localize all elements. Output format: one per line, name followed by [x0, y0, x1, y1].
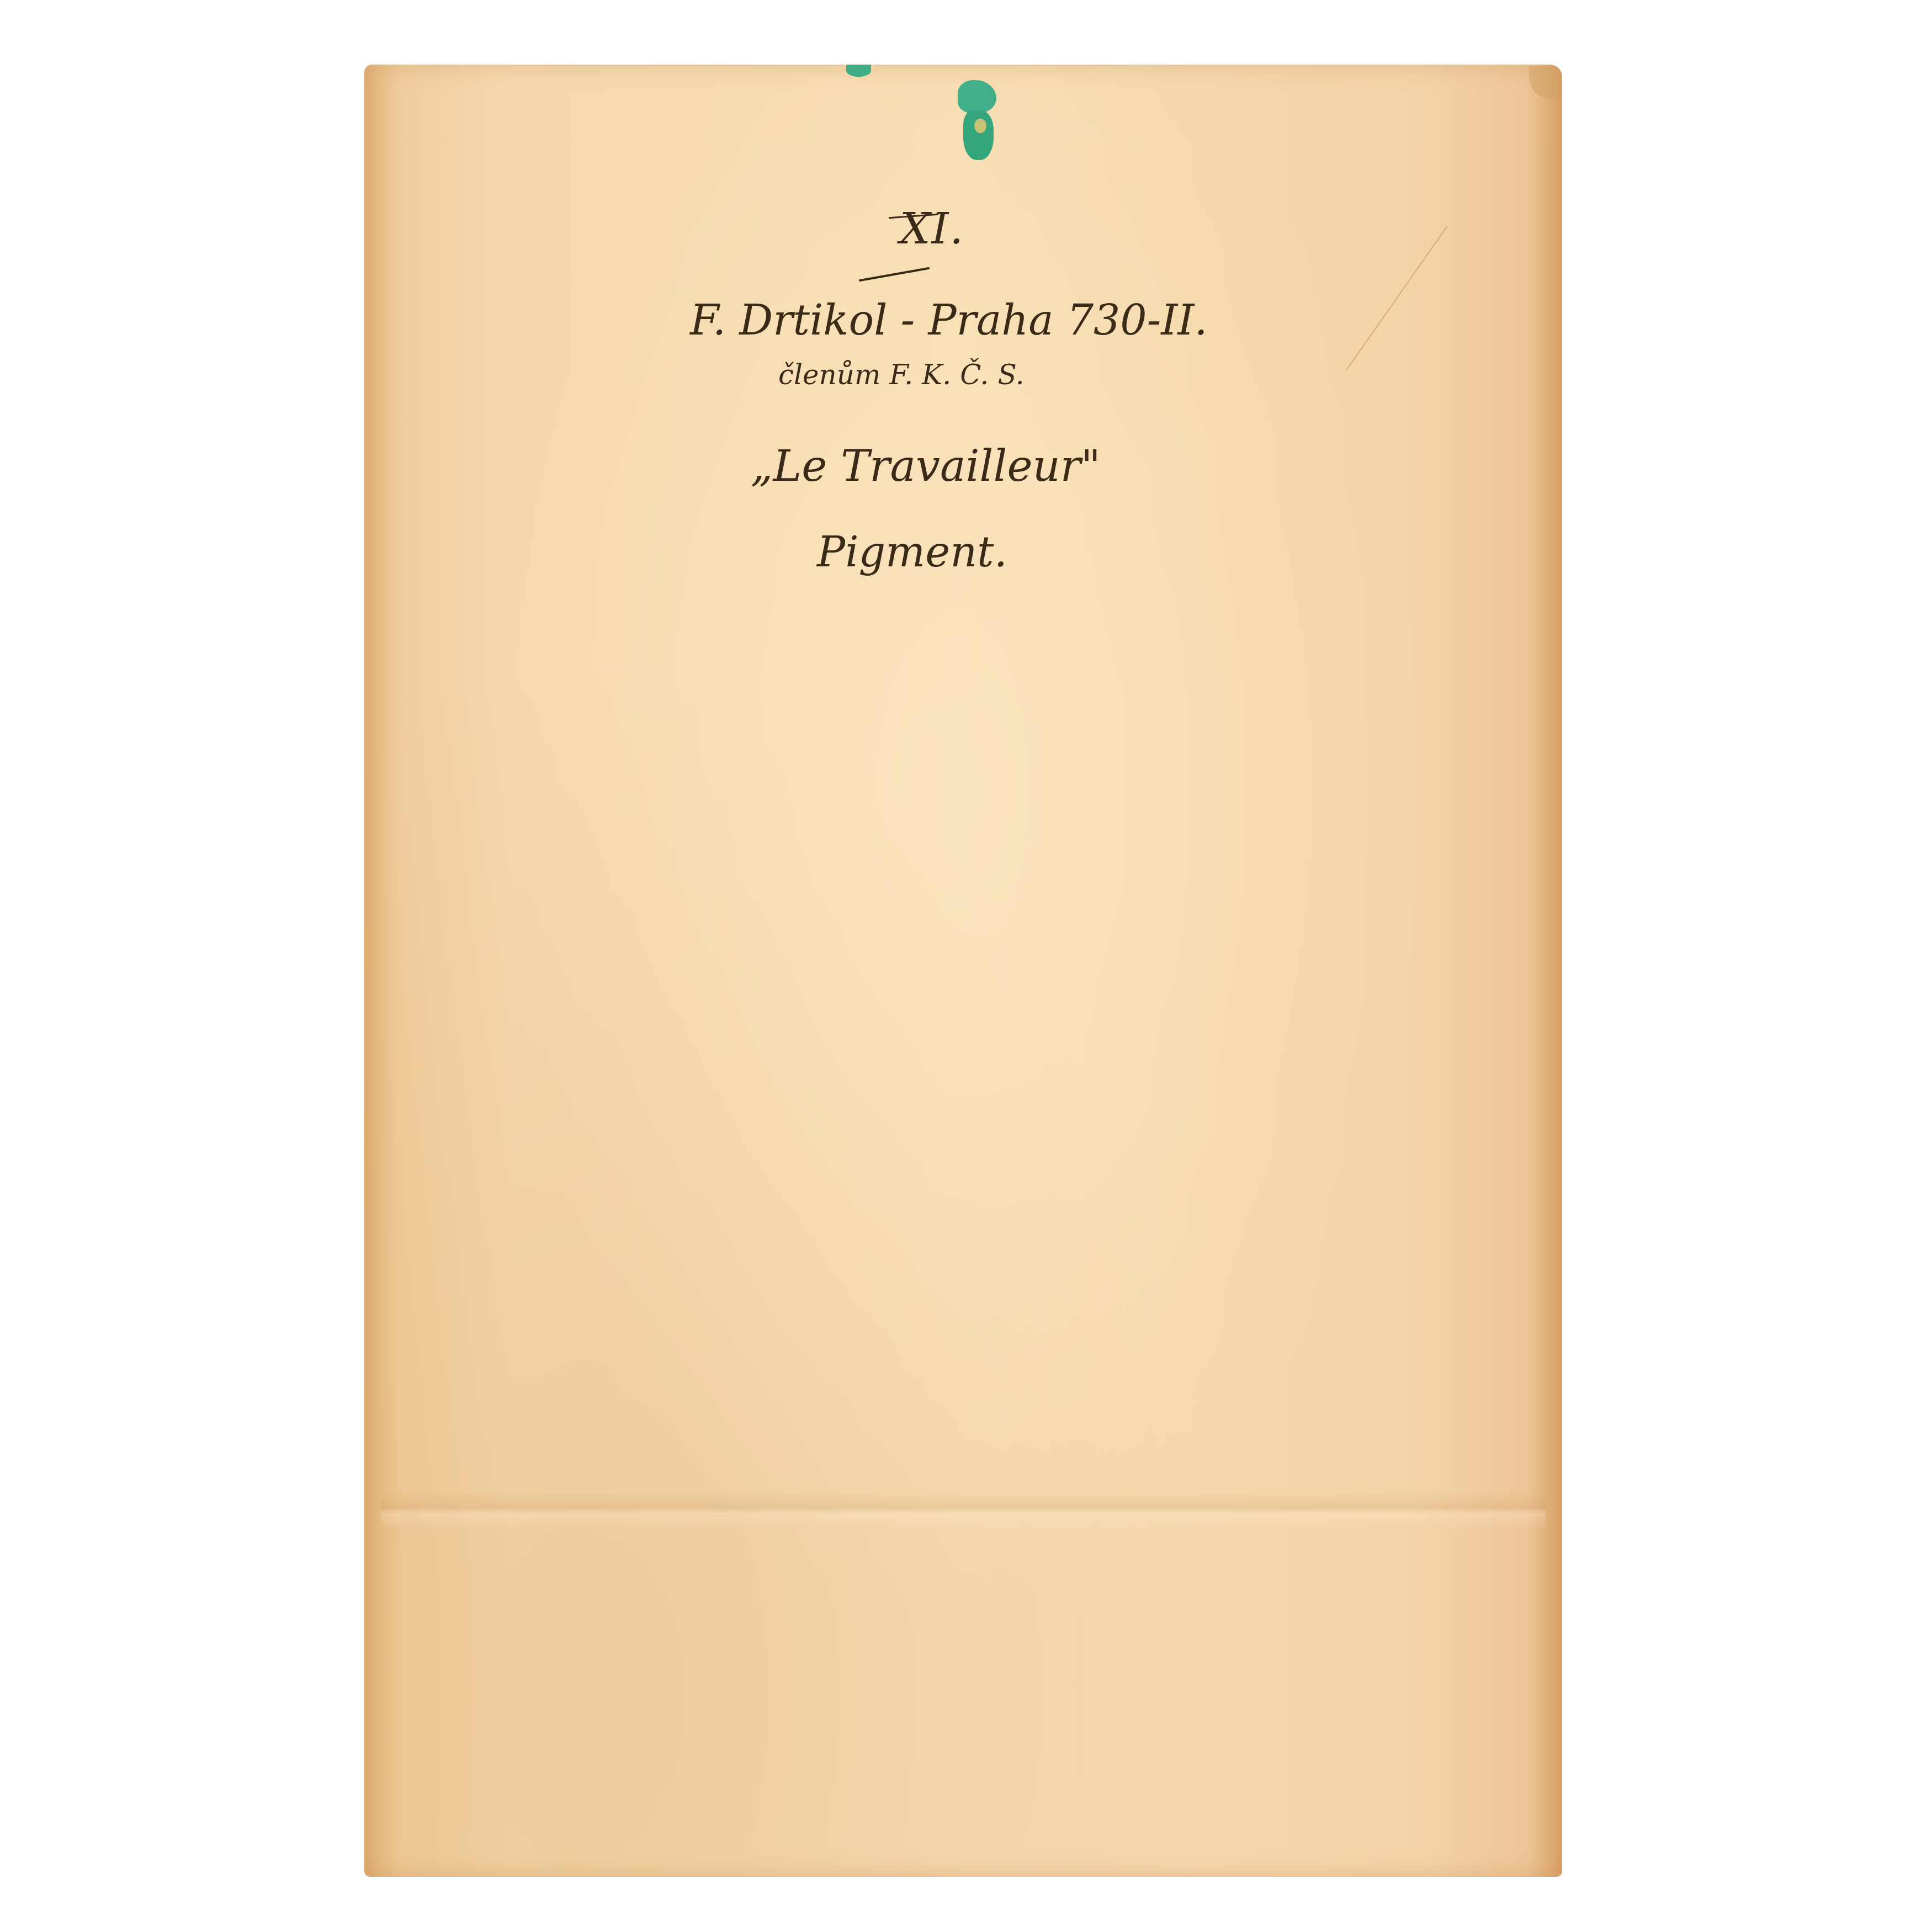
inscription-photographer-address: F. Drtikol - Praha 730-II. [690, 295, 1208, 344]
residue-fragment [958, 80, 996, 113]
green-adhesive-residue [958, 80, 996, 163]
residue-fragment [963, 110, 994, 160]
inscription-process: Pigment. [817, 527, 1007, 576]
green-adhesive-residue-edge [846, 65, 871, 77]
residue-fragment [974, 119, 986, 133]
inscription-title: „Le Travailleur" [751, 442, 1101, 491]
inscription-association: členům F. K. Č. S. [778, 359, 1025, 391]
inscription-numeral: XI. [900, 204, 964, 254]
